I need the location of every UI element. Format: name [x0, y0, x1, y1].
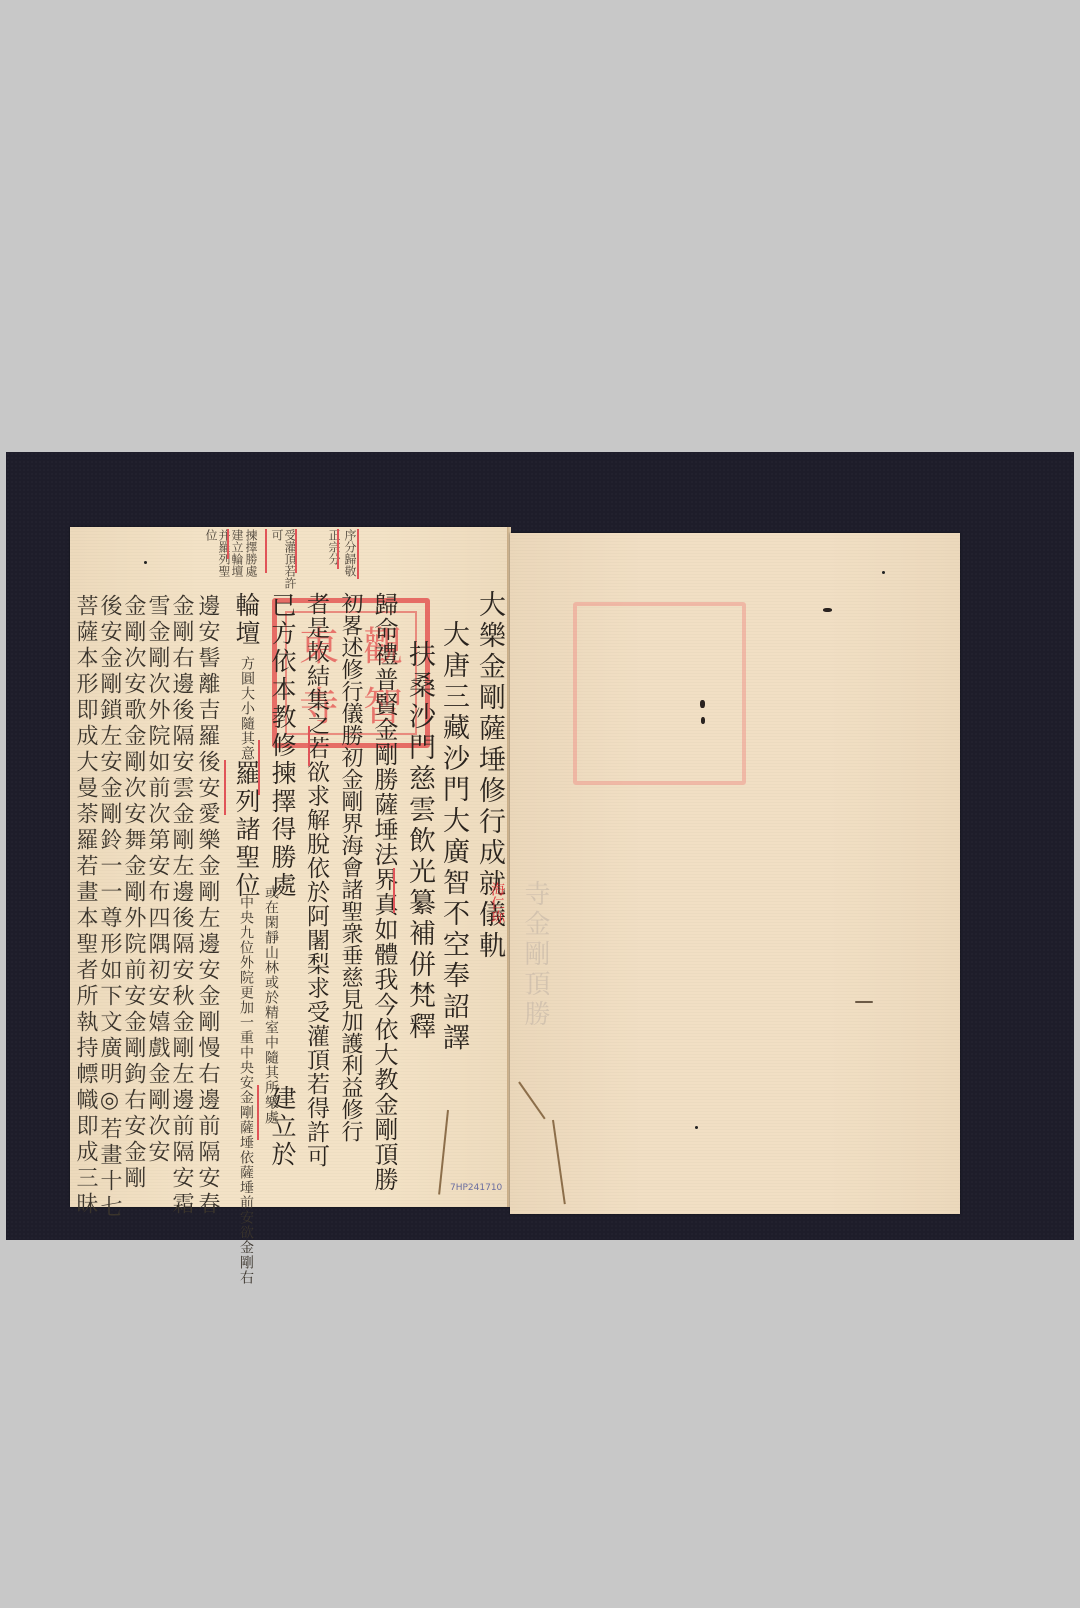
head-note-5: 建立輪壇并羅列聖位 — [204, 529, 243, 581]
red-sideline — [337, 529, 339, 569]
head-note-1: 序分歸敬 — [343, 529, 356, 577]
red-sideline — [357, 529, 359, 579]
title-annotation: 海仁珎 — [482, 882, 512, 924]
text-column-11: 雪金剛次外院如前次第安布四隅初安嬉戲金剛次安 — [146, 594, 168, 1166]
ink-dot — [882, 571, 885, 574]
head-note-3: 受灌頂若許可 — [270, 529, 296, 589]
text-column-8-note: 方圓大小隨其意 — [240, 656, 254, 761]
editor-column: 扶桑沙門慈雲飲光纂補併梵釋 — [404, 640, 434, 1043]
red-sideline — [308, 726, 310, 766]
text-column-14: 菩薩本形即成大曼荼羅若畫本聖者所執持幖幟即成三昧 — [74, 594, 96, 1218]
ink-stain — [823, 608, 832, 612]
text-column-8: 輪壇 — [232, 592, 260, 648]
catalog-number: 7HP241710 — [450, 1183, 502, 1193]
text-column-9: 邊安髻離吉羅後安愛樂金剛左邊安金剛慢右邊前隔安春 — [196, 594, 218, 1218]
red-sideline — [393, 868, 395, 913]
red-sideline — [258, 740, 260, 795]
head-note-4: 揀擇勝處 — [244, 529, 257, 577]
document-viewer: { "document": { "type": "woodblock-style… — [0, 0, 1080, 1608]
text-column-10: 金剛右邊後隔安雲金剛左邊後隔安秋金剛左邊前隔安霜 — [170, 594, 192, 1218]
red-sideline — [224, 760, 226, 815]
text-column-12: 金剛次安歌金剛次安舞金剛外院前安金剛鉤右安金剛 — [122, 594, 144, 1192]
ink-dot — [144, 561, 147, 564]
translator-column: 大唐三藏沙門大廣智不空奉詔譯 — [438, 620, 468, 1054]
text-column-5: 初畧述修行儀勝初金剛界海會諸聖衆垂慈見加護利益修行 — [336, 592, 364, 1142]
translator-text: 大唐三藏沙門大廣智不空奉詔譯 — [438, 620, 469, 1054]
red-sideline — [227, 529, 229, 559]
text-column-13: 後安金剛鎖左安金剛鈴一一尊形如下文廣明◎若畫十七 — [98, 594, 120, 1221]
red-sideline — [257, 1085, 259, 1140]
red-sideline — [295, 529, 297, 573]
bleed-through-text: 寺金剛頂勝 — [520, 880, 550, 1030]
ink-dot — [695, 1126, 698, 1129]
text-column-8-note2: 中央九位外院更加一重中央安金剛薩埵依薩埵前安欲金剛右 — [238, 895, 253, 1285]
text-column-6: 者是故結集之若欲求解脫依於阿闍梨求受灌頂若得許可 — [302, 592, 330, 1168]
text-column-7: 已方依本教修揀擇得勝處 — [268, 592, 296, 900]
ink-stain — [700, 700, 705, 708]
red-sideline — [265, 529, 267, 573]
ink-stain — [855, 1001, 873, 1003]
ink-stain — [701, 717, 705, 724]
text-column-7-tail: 建立於 — [268, 1085, 296, 1169]
text-column-8-main2: 羅列諸聖位 — [232, 760, 260, 900]
editor-text: 扶桑沙門慈雲飲光纂補併梵釋 — [404, 640, 435, 1043]
faint-seal-offset — [573, 602, 746, 785]
